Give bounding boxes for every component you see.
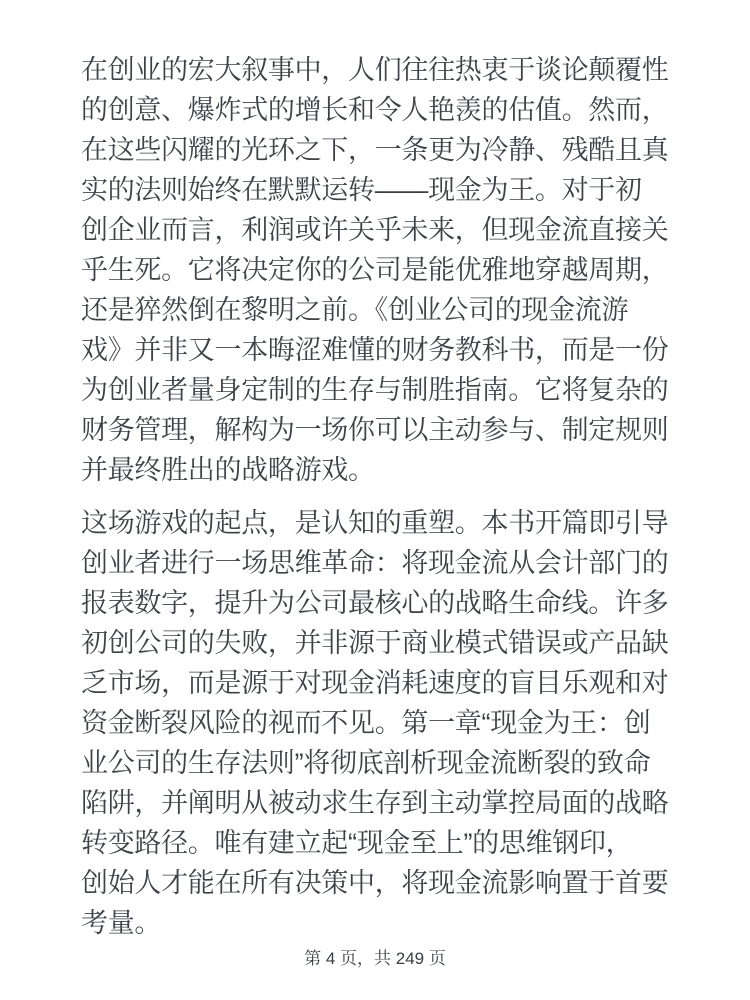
text-line: 资金断裂风险的视而不见。第一章“现金为王：创 <box>81 703 670 743</box>
page-indicator: 第 4 页，共 249 页 <box>304 949 446 968</box>
text-line: 转变路径。唯有建立起“现金至上”的思维钢印， <box>81 823 670 863</box>
text-line: 报表数字，提升为公司最核心的战略生命线。许多 <box>81 583 670 623</box>
text-line: 乎生死。它将决定你的公司是能优雅地穿越周期， <box>81 250 670 290</box>
text-line: 初创公司的失败，并非源于商业模式错误或产品缺 <box>81 623 670 663</box>
text-line: 陷阱，并阐明从被动求生存到主动掌控局面的战略 <box>81 783 670 823</box>
paragraph-1: 在创业的宏大叙事中，人们往往热衷于谈论颠覆性 的创意、爆炸式的增长和令人艳羡的估… <box>81 50 670 490</box>
text-line: 这场游戏的起点，是认知的重塑。本书开篇即引导 <box>81 503 670 543</box>
text-line: 还是猝然倒在黎明之前。《创业公司的现金流游 <box>81 290 670 330</box>
text-line: 创企业而言，利润或许关乎未来，但现金流直接关 <box>81 210 670 250</box>
page-content: 在创业的宏大叙事中，人们往往热衷于谈论颠覆性 的创意、爆炸式的增长和令人艳羡的估… <box>0 0 750 943</box>
text-line: 并最终胜出的战略游戏。 <box>81 450 670 490</box>
text-line: 财务管理，解构为一场你可以主动参与、制定规则 <box>81 410 670 450</box>
text-line: 创业者进行一场思维革命：将现金流从会计部门的 <box>81 543 670 583</box>
text-line: 业公司的生存法则”将彻底剖析现金流断裂的致命 <box>81 743 670 783</box>
text-line: 为创业者量身定制的生存与制胜指南。它将复杂的 <box>81 370 670 410</box>
text-line: 实的法则始终在默默运转——现金为王。对于初 <box>81 170 670 210</box>
text-line: 考量。 <box>81 903 670 943</box>
text-line: 在创业的宏大叙事中，人们往往热衷于谈论颠覆性 <box>81 50 670 90</box>
text-line: 在这些闪耀的光环之下，一条更为冷静、残酷且真 <box>81 130 670 170</box>
page-footer: 第 4 页，共 249 页 <box>0 950 750 968</box>
text-line: 的创意、爆炸式的增长和令人艳羡的估值。然而， <box>81 90 670 130</box>
text-line: 创始人才能在所有决策中，将现金流影响置于首要 <box>81 863 670 903</box>
document-page: 在创业的宏大叙事中，人们往往热衷于谈论颠覆性 的创意、爆炸式的增长和令人艳羡的估… <box>0 0 750 1000</box>
text-line: 乏市场，而是源于对现金消耗速度的盲目乐观和对 <box>81 663 670 703</box>
paragraph-2: 这场游戏的起点，是认知的重塑。本书开篇即引导 创业者进行一场思维革命：将现金流从… <box>81 503 670 943</box>
text-line: 戏》并非又一本晦涩难懂的财务教科书，而是一份 <box>81 330 670 370</box>
